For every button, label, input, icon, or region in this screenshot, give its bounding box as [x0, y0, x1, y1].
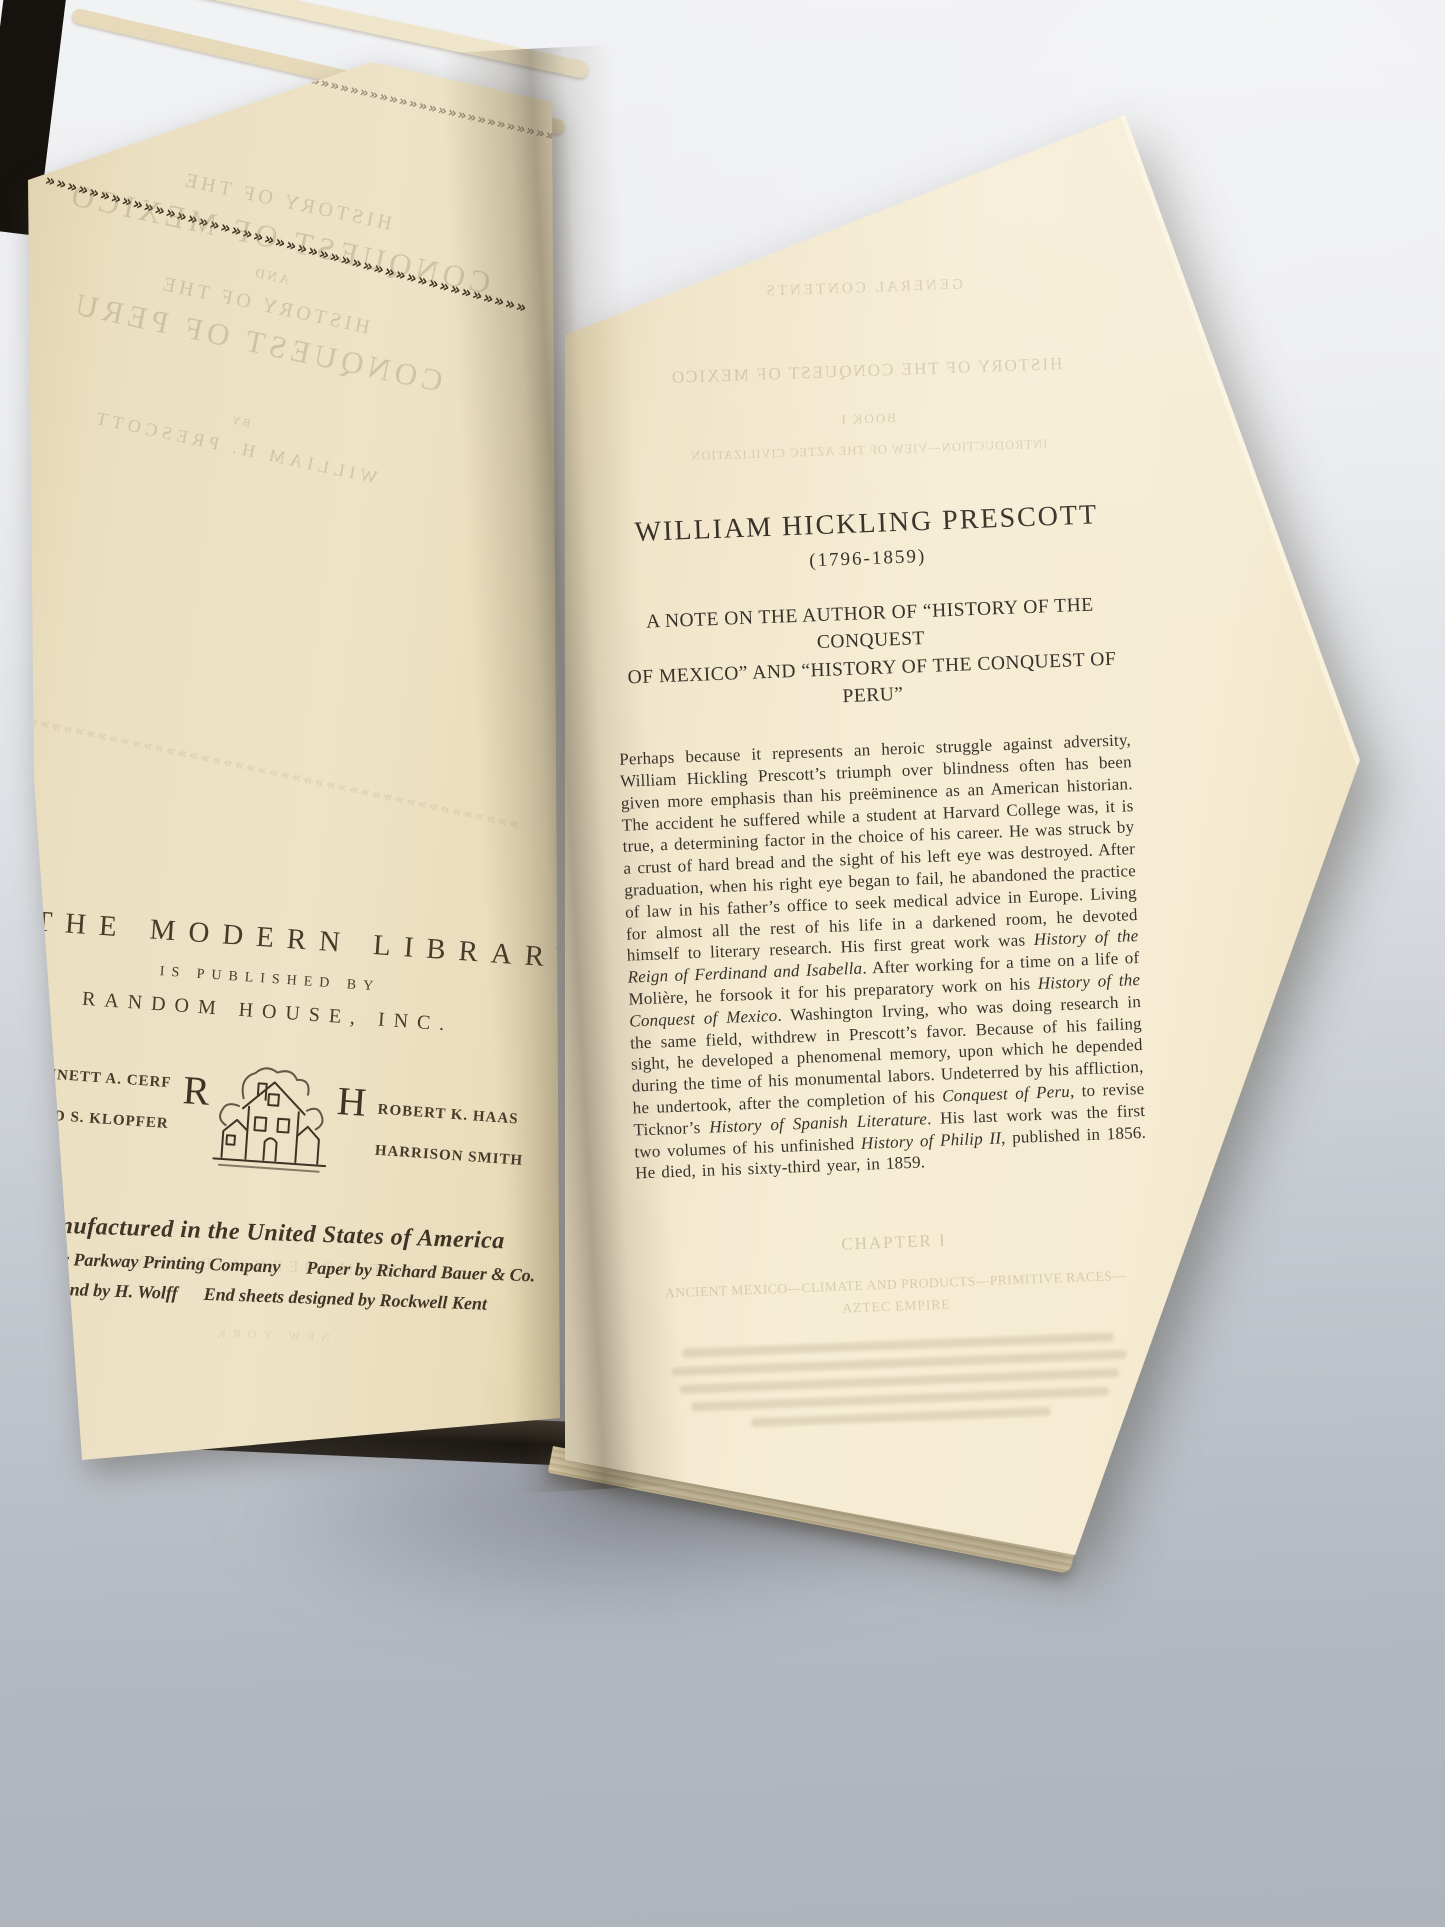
names-column-left: BENNETT A. CERF DONALD S. KLOPFER — [0, 1043, 173, 1133]
ghost-bleedthrough-chapter: CHAPTER I ANCIENT MEXICO—CLIMATE AND PRO… — [638, 1223, 1157, 1432]
paragraph-segment: History of Philip II — [861, 1128, 1002, 1152]
logo-letter-r: R — [182, 1070, 211, 1112]
ghost-bleedthrough-contents: GENERAL CONTENTS HISTORY OF THE CONQUEST… — [607, 271, 1125, 467]
chevron-ornament-ghost: »»»»»»»»»»»»»»»»»»»»»»»»»»»»»»»»»»»»»»»»… — [14, 709, 521, 834]
publisher-name: DONALD S. KLOPFER — [0, 1104, 169, 1133]
paper-by-line: Paper by Richard Bauer & Co. — [306, 1257, 536, 1286]
ghost-text-line: WILLIAM H. PRESCOTT — [0, 381, 503, 514]
biography-paragraph: Perhaps because it represents an heroic … — [619, 729, 1147, 1184]
publisher-name: BENNETT A. CERF — [23, 1065, 172, 1092]
ghost-bleedthrough-title: HISTORY OF THE CONQUEST OF MEXICO AND HI… — [0, 134, 555, 514]
ghost-text-line: CHAPTER I — [638, 1223, 1150, 1263]
random-house-colophon: R — [177, 1056, 369, 1191]
author-note-block: WILLIAM HICKLING PRESCOTT (1796-1859) A … — [610, 498, 1157, 1440]
colophon-block: Manufactured in the United States of Ame… — [5, 1211, 523, 1316]
ghost-text-line: GENERAL CONTENTS — [607, 271, 1119, 306]
note-heading: A NOTE ON THE AUTHOR OF “HISTORY OF THE … — [614, 590, 1130, 719]
left-page: »»»»»»»»»»»»»»»»»»»»»»»»»»»»»»»»»»»»»»»»… — [0, 20, 575, 1470]
right-page: GENERAL CONTENTS HISTORY OF THE CONQUEST… — [540, 90, 1402, 1572]
names-column-right: ROBERT K. HAAS HARRISON SMITH — [374, 1070, 529, 1170]
ghost-text-line: BOOK I — [612, 402, 1124, 436]
right-page-paper: GENERAL CONTENTS HISTORY OF THE CONQUEST… — [540, 90, 1402, 1572]
ghost-blur-line — [751, 1407, 1051, 1428]
logo-letter-h: H — [336, 1081, 368, 1123]
printed-by-line: Printed by Parkway Printing Company — [0, 1247, 281, 1278]
ghost-text-line: INTRODUCTION—VIEW OF THE AZTEC CIVILIZAT… — [613, 434, 1125, 467]
fore-edge-highlight — [1120, 115, 1361, 765]
house-logo-icon — [207, 1058, 335, 1188]
publisher-name: ROBERT K. HAAS — [377, 1102, 519, 1129]
photo-background: »»»»»»»»»»»»»»»»»»»»»»»»»»»»»»»»»»»»»»»»… — [0, 0, 1445, 1927]
publisher-names-row: BENNETT A. CERF DONALD S. KLOPFER R — [17, 1045, 502, 1200]
publisher-imprint: THE MODERN LIBRARY IS PUBLISHED BY RANDO… — [17, 905, 512, 1200]
bound-by-line: Bound by H. Wolff — [38, 1278, 178, 1304]
left-page-paper: »»»»»»»»»»»»»»»»»»»»»»»»»»»»»»»»»»»»»»»»… — [0, 20, 575, 1470]
endsheets-line: End sheets designed by Rockwell Kent — [203, 1284, 487, 1315]
publisher-name: HARRISON SMITH — [374, 1143, 523, 1170]
paragraph-segment: Conquest of Peru — [942, 1082, 1071, 1106]
ghost-text-line: NEW YORK — [40, 1320, 500, 1351]
ghost-text-line: HISTORY OF THE CONQUEST OF MEXICO — [610, 352, 1122, 390]
